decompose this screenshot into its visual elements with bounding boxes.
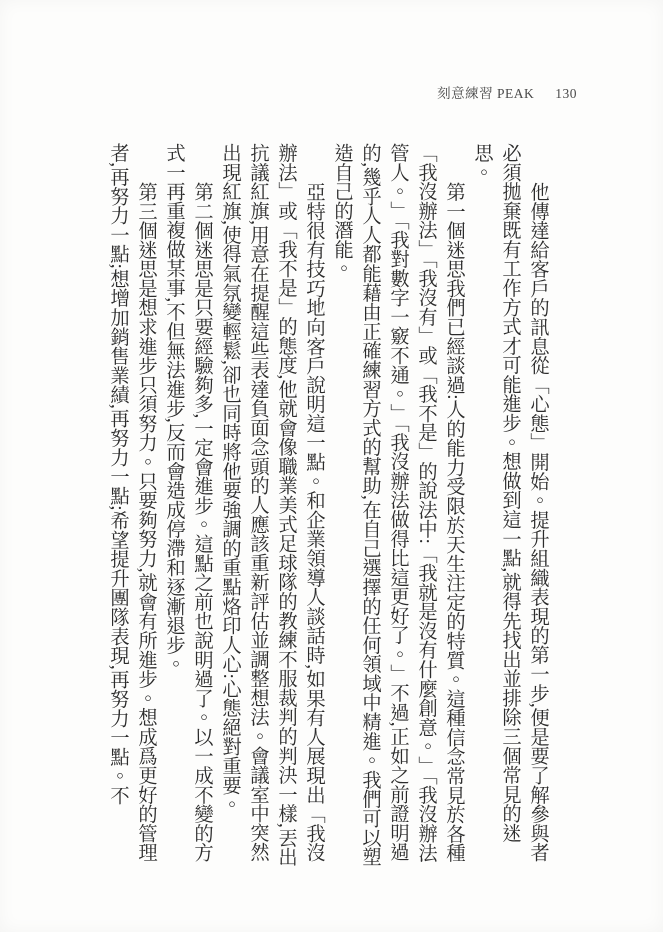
- running-head: 刻意練習 PEAK130: [0, 82, 577, 102]
- running-head-book-title: 刻意練習 PEAK: [437, 86, 534, 101]
- body-text-block: 他傳達給客戶的訊息從「心態」開始。提升組織表現的第一步,便是要了解參與者必須拋棄…: [103, 143, 551, 877]
- paragraph: 亞特很有技巧地向客戶說明這一點。和企業領導人談話時,如果有人展現出「我沒辦法」或…: [215, 143, 327, 877]
- paragraph: 第一個迷思我們已經談過:人的能力受限於天生注定的特質。這種信念常見於各種「我沒辦…: [327, 143, 467, 877]
- page-number: 130: [555, 86, 577, 101]
- paragraph: 第三個迷思是想求進步只須努力。只要夠努力,就會有所進步。想成爲更好的管理者,再努…: [103, 143, 159, 877]
- paragraph: 第二個迷思是只要經驗夠多,一定會進步。這點之前也說明過了。以一成不變的方式一再重…: [159, 143, 215, 877]
- paragraph: 他傳達給客戶的訊息從「心態」開始。提升組織表現的第一步,便是要了解參與者必須拋棄…: [467, 143, 551, 877]
- book-page: 刻意練習 PEAK130 他傳達給客戶的訊息從「心態」開始。提升組織表現的第一步…: [0, 0, 663, 932]
